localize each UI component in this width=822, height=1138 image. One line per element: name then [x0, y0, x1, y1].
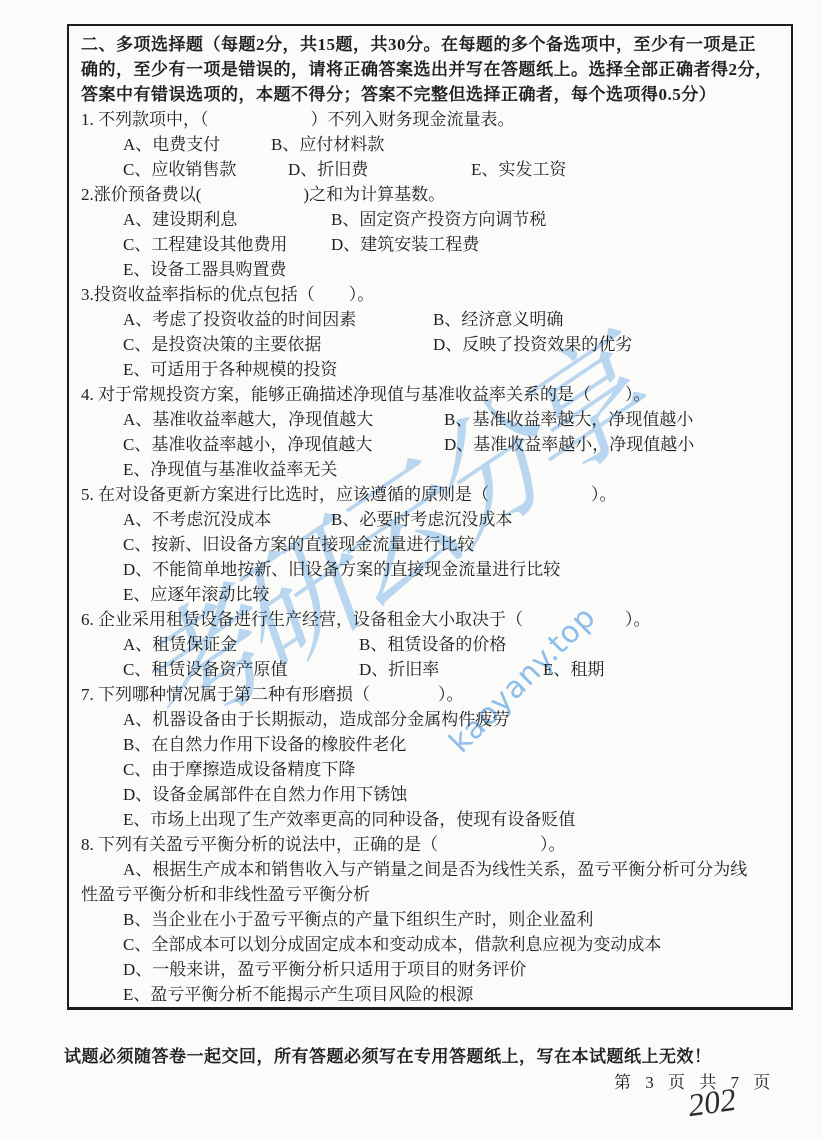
question-8-option-d: D、一般来讲，盈亏平衡分析只适用于项目的财务评价: [123, 957, 526, 982]
question-stem-text: 2.涨价预备费以( )之和为计算基数。: [81, 182, 445, 207]
section-header-line-2: 确的，至少有一项是错误的，请将正确答案选出并写在答题纸上。选择全部正确者得2分，: [81, 57, 779, 82]
question-8-option-b-row: B、当企业在小于盈亏平衡点的产量下组织生产时，则企业盈利: [81, 907, 779, 932]
question-7-option-c: C、由于摩擦造成设备精度下降: [123, 757, 355, 782]
question-5-options-row-4: E、应逐年滚动比较: [81, 582, 779, 607]
question-6-options-row-2: C、租赁设备资产原值 D、折旧率 E、租期: [81, 657, 779, 682]
question-8-option-d-row: D、一般来讲，盈亏平衡分析只适用于项目的财务评价: [81, 957, 779, 982]
question-6-option-a: A、租赁保证金: [123, 632, 237, 657]
question-4-options-row-3: E、净现值与基准收益率无关: [81, 457, 779, 482]
question-8-option-a: A、根据生产成本和销售收入与产销量之间是否为线性关系，盈亏平衡分析可分为线性盈亏…: [81, 857, 759, 907]
footer-notice: 试题必须随答卷一起交回，所有答题必须写在专用答题纸上，写在本试题纸上无效！: [64, 1042, 712, 1067]
question-7-stem: 7. 下列哪种情况属于第二种有形磨损（ ）。: [81, 682, 779, 707]
question-4-option-c: C、基准收益率越小，净现值越大: [123, 432, 372, 457]
question-7-option-a-row: A、机器设备由于长期振动，造成部分金属构件疲劳: [81, 707, 779, 732]
question-5-option-b: B、必要时考虑沉没成本: [331, 507, 512, 532]
question-3-options-row-3: E、可适用于各种规模的投资: [81, 357, 779, 382]
question-stem-text: 7. 下列哪种情况属于第二种有形磨损（ ）。: [81, 682, 464, 707]
question-2-option-d: D、建筑安装工程费: [331, 232, 479, 257]
question-8-option-e: E、盈亏平衡分析不能揭示产生项目风险的根源: [123, 982, 473, 1007]
question-8-option-a-row: A、根据生产成本和销售收入与产销量之间是否为线性关系，盈亏平衡分析可分为线性盈亏…: [81, 857, 779, 907]
section-header-text: 答案中有错误选项的，本题不得分；答案不完整但选择正确者，每个选项得0.5分）: [81, 82, 716, 107]
section-header-line-1: 二、多项选择题（每题2分，共15题，共30分。在每题的多个备选项中，至少有一项是…: [81, 32, 779, 57]
question-7-option-b: B、在自然力作用下设备的橡胶件老化: [123, 732, 406, 757]
question-4-options-row-2: C、基准收益率越小，净现值越大 D、基准收益率越小，净现值越小: [81, 432, 779, 457]
question-3-option-d: D、反映了投资效果的优劣: [433, 332, 632, 357]
exam-sheet-page: 考研云分享 kaoyany.top 二、多项选择题（每题2分，共15题，共30分…: [0, 0, 822, 1138]
question-4-option-a: A、基准收益率越大，净现值越大: [123, 407, 373, 432]
question-5-options-row-2: C、按新、旧设备方案的直接现金流量进行比较: [81, 532, 779, 557]
question-1-option-c: C、应收销售款: [123, 157, 236, 182]
question-1-option-e: E、实发工资: [471, 157, 566, 182]
question-6-option-c: C、租赁设备资产原值: [123, 657, 287, 682]
question-1-options-row-1: A、电费支付 B、应付材料款: [81, 132, 779, 157]
question-1-options-row-2: C、应收销售款 D、折旧费 E、实发工资: [81, 157, 779, 182]
question-8-option-e-row: E、盈亏平衡分析不能揭示产生项目风险的根源: [81, 982, 779, 1007]
question-2-option-c: C、工程建设其他费用: [123, 232, 287, 257]
question-stem-text: 4. 对于常规投资方案，能够正确描述净现值与基准收益率关系的是（ ）。: [81, 382, 651, 407]
question-5-option-d: D、不能简单地按新、旧设备方案的直接现金流量进行比较: [123, 557, 560, 582]
question-2-options-row-2: C、工程建设其他费用 D、建筑安装工程费: [81, 232, 779, 257]
question-2-option-e: E、设备工器具购置费: [123, 257, 286, 282]
question-3-option-c: C、是投资决策的主要依据: [123, 332, 321, 357]
question-5-option-c: C、按新、旧设备方案的直接现金流量进行比较: [123, 532, 474, 557]
section-header-text: 确的，至少有一项是错误的，请将正确答案选出并写在答题纸上。选择全部正确者得2分，: [81, 57, 773, 82]
question-2-stem: 2.涨价预备费以( )之和为计算基数。: [81, 182, 779, 207]
question-6-stem: 6. 企业采用租赁设备进行生产经营，设备租金大小取决于（ ）。: [81, 607, 779, 632]
question-5-options-row-3: D、不能简单地按新、旧设备方案的直接现金流量进行比较: [81, 557, 779, 582]
question-stem-text: 5. 在对设备更新方案进行比选时，应该遵循的原则是（ ）。: [81, 482, 617, 507]
question-3-options-row-1: A、考虑了投资收益的时间因素 B、经济意义明确: [81, 307, 779, 332]
question-4-option-e: E、净现值与基准收益率无关: [123, 457, 337, 482]
question-stem-text: 3.投资收益率指标的优点包括（ ）。: [81, 282, 374, 307]
question-stem-text: 1. 不列款项中，（ ）不列入财务现金流量表。: [81, 107, 515, 132]
question-1-option-d: D、折旧费: [288, 157, 368, 182]
question-6-options-row-1: A、租赁保证金 B、租赁设备的价格: [81, 632, 779, 657]
question-5-option-a: A、不考虑沉没成本: [123, 507, 271, 532]
question-7-option-e-row: E、市场上出现了生产效率更高的同种设备，使现有设备贬值: [81, 807, 779, 832]
section-header-text: 二、多项选择题（每题2分，共15题，共30分。在每题的多个备选项中，至少有一项是…: [81, 32, 756, 57]
question-8-option-c: C、全部成本可以划分成固定成本和变动成本，借款利息应视为变动成本: [123, 932, 661, 957]
question-stem-text: 6. 企业采用租赁设备进行生产经营，设备租金大小取决于（ ）。: [81, 607, 651, 632]
question-4-option-b: B、基准收益率越大，净现值越小: [444, 407, 693, 432]
question-5-stem: 5. 在对设备更新方案进行比选时，应该遵循的原则是（ ）。: [81, 482, 779, 507]
question-7-option-d: D、设备金属部件在自然力作用下锈蚀: [123, 782, 407, 807]
question-8-option-c-row: C、全部成本可以划分成固定成本和变动成本，借款利息应视为变动成本: [81, 932, 779, 957]
question-2-option-a: A、建设期利息: [123, 207, 237, 232]
question-4-options-row-1: A、基准收益率越大，净现值越大 B、基准收益率越大，净现值越小: [81, 407, 779, 432]
question-3-stem: 3.投资收益率指标的优点包括（ ）。: [81, 282, 779, 307]
question-2-option-b: B、固定资产投资方向调节税: [331, 207, 546, 232]
question-7-option-a: A、机器设备由于长期振动，造成部分金属构件疲劳: [123, 707, 509, 732]
question-3-option-b: B、经济意义明确: [433, 307, 563, 332]
question-1-stem: 1. 不列款项中，（ ）不列入财务现金流量表。: [81, 107, 779, 132]
question-3-option-a: A、考虑了投资收益的时间因素: [123, 307, 356, 332]
question-7-option-d-row: D、设备金属部件在自然力作用下锈蚀: [81, 782, 779, 807]
question-2-options-row-1: A、建设期利息 B、固定资产投资方向调节税: [81, 207, 779, 232]
question-5-options-row-1: A、不考虑沉没成本 B、必要时考虑沉没成本: [81, 507, 779, 532]
question-7-option-e: E、市场上出现了生产效率更高的同种设备，使现有设备贬值: [123, 807, 575, 832]
question-1-option-a: A、电费支付: [123, 132, 220, 157]
question-7-option-b-row: B、在自然力作用下设备的橡胶件老化: [81, 732, 779, 757]
question-8-option-b: B、当企业在小于盈亏平衡点的产量下组织生产时，则企业盈利: [123, 907, 593, 932]
handwritten-number: 202: [686, 1081, 739, 1124]
question-4-stem: 4. 对于常规投资方案，能够正确描述净现值与基准收益率关系的是（ ）。: [81, 382, 779, 407]
question-7-option-c-row: C、由于摩擦造成设备精度下降: [81, 757, 779, 782]
question-6-option-e: E、租期: [543, 657, 604, 682]
question-4-option-d: D、基准收益率越小，净现值越小: [444, 432, 694, 457]
question-5-option-e: E、应逐年滚动比较: [123, 582, 269, 607]
question-3-options-row-2: C、是投资决策的主要依据 D、反映了投资效果的优劣: [81, 332, 779, 357]
question-border-box: 二、多项选择题（每题2分，共15题，共30分。在每题的多个备选项中，至少有一项是…: [67, 24, 793, 1010]
section-header-line-3: 答案中有错误选项的，本题不得分；答案不完整但选择正确者，每个选项得0.5分）: [81, 82, 779, 107]
question-8-stem: 8. 下列有关盈亏平衡分析的说法中，正确的是（ ）。: [81, 832, 779, 857]
question-6-option-d: D、折旧率: [359, 657, 439, 682]
question-stem-text: 8. 下列有关盈亏平衡分析的说法中，正确的是（ ）。: [81, 832, 566, 857]
question-2-options-row-3: E、设备工器具购置费: [81, 257, 779, 282]
question-content: 二、多项选择题（每题2分，共15题，共30分。在每题的多个备选项中，至少有一项是…: [69, 26, 791, 1007]
question-1-option-b: B、应付材料款: [271, 132, 384, 157]
question-6-option-b: B、租赁设备的价格: [359, 632, 506, 657]
question-3-option-e: E、可适用于各种规模的投资: [123, 357, 337, 382]
